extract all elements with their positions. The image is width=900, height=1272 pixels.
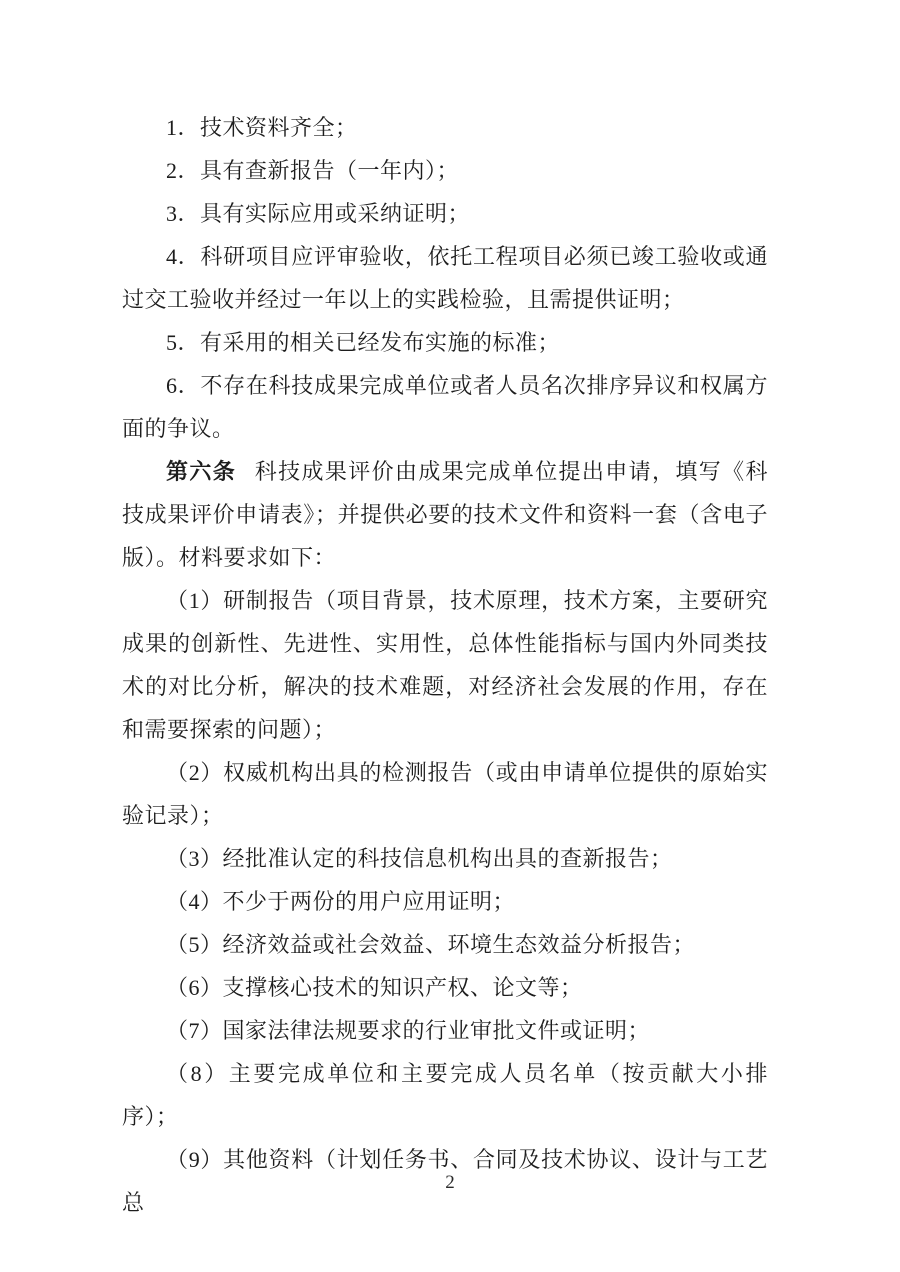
condition-item-6: 6．不存在科技成果完成单位或者人员名次排序异议和权属方面的争议。 — [122, 364, 768, 450]
condition-item-2: 2．具有查新报告（一年内）； — [122, 149, 768, 192]
material-item-7: （7）国家法律法规要求的行业审批文件或证明； — [122, 1009, 768, 1052]
document-page: 1．技术资料齐全； 2．具有查新报告（一年内）； 3．具有实际应用或采纳证明； … — [0, 0, 900, 1272]
material-item-6: （6）支撑核心技术的知识产权、论文等； — [122, 966, 768, 1009]
material-item-8: （8）主要完成单位和主要完成人员名单（按贡献大小排序）； — [122, 1052, 768, 1138]
material-item-3: （3）经批准认定的科技信息机构出具的查新报告； — [122, 837, 768, 880]
material-item-1: （1）研制报告（项目背景，技术原理，技术方案，主要研究成果的创新性、先进性、实用… — [122, 579, 768, 751]
condition-item-5: 5．有采用的相关已经发布实施的标准； — [122, 321, 768, 364]
document-body: 1．技术资料齐全； 2．具有查新报告（一年内）； 3．具有实际应用或采纳证明； … — [122, 106, 768, 1224]
condition-item-1: 1．技术资料齐全； — [122, 106, 768, 149]
material-item-5: （5）经济效益或社会效益、环境生态效益分析报告； — [122, 923, 768, 966]
condition-item-3: 3．具有实际应用或采纳证明； — [122, 192, 768, 235]
article-6-label: 第六条 — [166, 459, 236, 484]
page-number: 2 — [0, 1170, 900, 1196]
condition-item-4: 4．科研项目应评审验收，依托工程项目必须已竣工验收或通过交工验收并经过一年以上的… — [122, 235, 768, 321]
article-6-paragraph: 第六条科技成果评价由成果完成单位提出申请，填写《科技成果评价申请表》；并提供必要… — [122, 450, 768, 579]
material-item-2: （2）权威机构出具的检测报告（或由申请单位提供的原始实验记录）； — [122, 751, 768, 837]
material-item-4: （4）不少于两份的用户应用证明； — [122, 880, 768, 923]
